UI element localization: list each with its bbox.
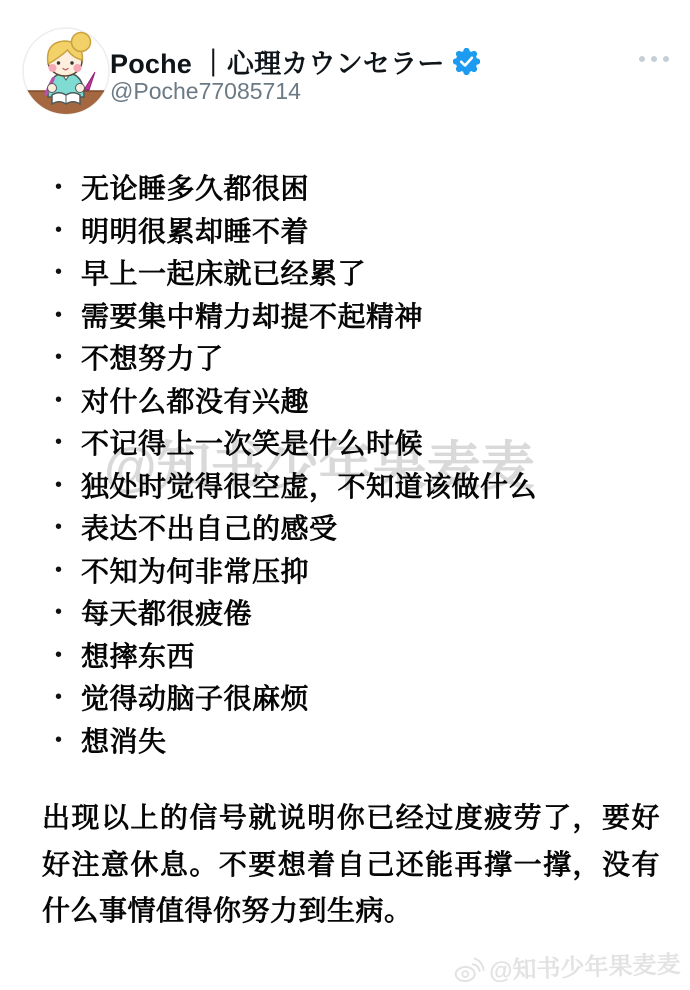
list-item-text: 想消失 (81, 720, 167, 760)
avatar-illustration-icon (22, 27, 110, 115)
list-item: •早上一起床就已经累了 (55, 251, 660, 294)
display-name[interactable]: Poche ｜心理カウンセラー (110, 42, 445, 81)
user-handle[interactable]: @Poche77085714 (110, 78, 301, 105)
bullet-dot: • (55, 432, 81, 452)
list-item-text: 想摔东西 (81, 635, 195, 675)
list-item-text: 每天都很疲倦 (81, 592, 252, 632)
bullet-dot: • (55, 602, 81, 622)
bullet-dot: • (55, 645, 81, 665)
list-item-text: 独处时觉得很空虚，不知道该做什么 (81, 465, 537, 505)
more-menu-icon[interactable] (635, 52, 673, 66)
list-item: •对什么都没有兴趣 (55, 379, 660, 422)
list-item-text: 不知为何非常压抑 (81, 550, 309, 590)
list-item-text: 明明很累却睡不着 (81, 210, 309, 250)
tweet-screenshot: @知书少年果麦麦 (0, 0, 690, 990)
list-item: •觉得动脑子很麻烦 (55, 676, 660, 719)
bullet-dot: • (55, 730, 81, 750)
list-item-text: 表达不出自己的感受 (81, 507, 338, 547)
list-item: •想摔东西 (55, 634, 660, 677)
list-item: •需要集中精力却提不起精神 (55, 294, 660, 337)
verified-badge-icon (453, 48, 480, 75)
list-item-text: 不想努力了 (81, 337, 224, 377)
list-item: •独处时觉得很空虚，不知道该做什么 (55, 464, 660, 507)
bullet-dot: • (55, 390, 81, 410)
list-item-text: 早上一起床就已经累了 (81, 252, 366, 292)
bullet-dot: • (55, 305, 81, 325)
bullet-dot: • (55, 347, 81, 367)
list-item: •无论睡多久都很困 (55, 166, 660, 209)
more-dot (663, 56, 669, 62)
list-item: •想消失 (55, 719, 660, 762)
list-item-text: 需要集中精力却提不起精神 (81, 295, 423, 335)
list-item: •不想努力了 (55, 336, 660, 379)
more-dot (639, 56, 645, 62)
symptom-list: •无论睡多久都很困 •明明很累却睡不着 •早上一起床就已经累了 •需要集中精力却… (55, 166, 660, 761)
more-dot (651, 56, 657, 62)
bullet-dot: • (55, 220, 81, 240)
name-row: Poche ｜心理カウンセラー (110, 42, 480, 81)
list-item: •明明很累却睡不着 (55, 209, 660, 252)
list-item: •表达不出自己的感受 (55, 506, 660, 549)
weibo-logo-icon (452, 954, 485, 983)
list-item: •不记得上一次笑是什么时候 (55, 421, 660, 464)
closing-paragraph: 出现以上的信号就说明你已经过度疲劳了，要好好注意休息。不要想着自己还能再撑一撑，… (42, 795, 660, 935)
bullet-dot: • (55, 560, 81, 580)
bullet-dot: • (55, 475, 81, 495)
list-item: •每天都很疲倦 (55, 591, 660, 634)
avatar[interactable] (22, 27, 110, 115)
list-item-text: 无论睡多久都很困 (81, 167, 309, 207)
list-item: •不知为何非常压抑 (55, 549, 660, 592)
bottom-watermark: @知书少年果麦麦 (452, 944, 680, 987)
bullet-dot: • (55, 517, 81, 537)
bullet-dot: • (55, 177, 81, 197)
bullet-dot: • (55, 262, 81, 282)
list-item-text: 不记得上一次笑是什么时候 (81, 422, 423, 462)
list-item-text: 觉得动脑子很麻烦 (81, 677, 309, 717)
bottom-watermark-text: @知书少年果麦麦 (488, 944, 681, 986)
bullet-dot: • (55, 687, 81, 707)
list-item-text: 对什么都没有兴趣 (81, 380, 309, 420)
